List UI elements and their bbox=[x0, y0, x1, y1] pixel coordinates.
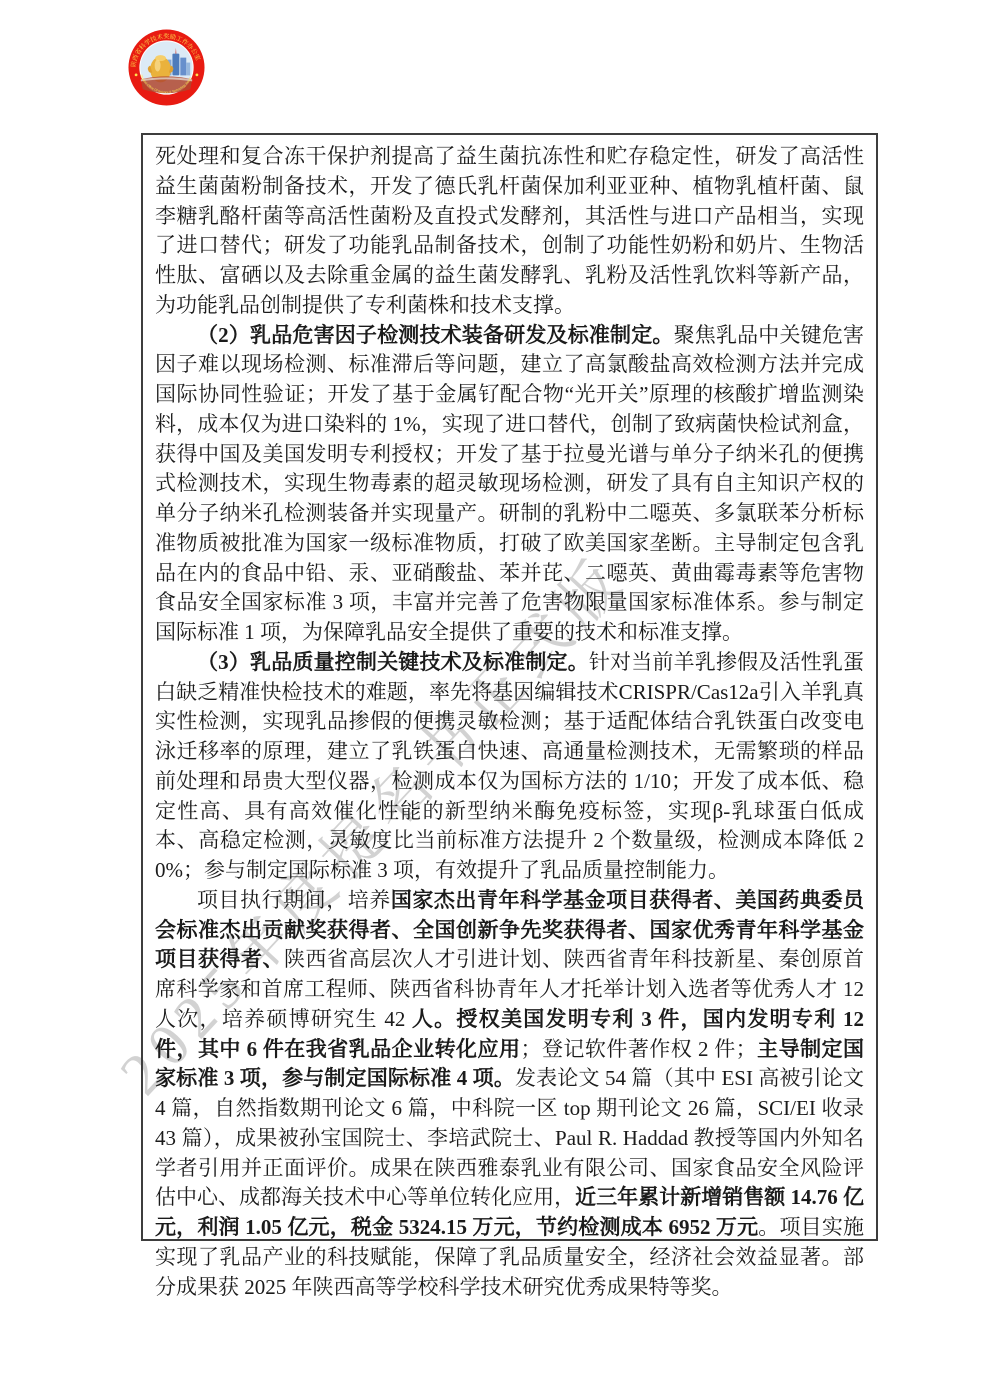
document-text-box: 死处理和复合冻干保护剂提高了益生菌抗冻性和贮存稳定性，研发了高活性益生菌菌粉制备… bbox=[141, 133, 878, 1241]
text-run: ；登记软件著作权 2 件； bbox=[520, 1037, 756, 1061]
text-run: 针对当前羊乳掺假及活性乳蛋白缺乏精准快检技术的难题，率先将基因编辑技术CRISP… bbox=[155, 650, 864, 882]
paragraph: （2）乳品危害因子检测技术装备研发及标准制定。聚焦乳品中关键危害因子难以现场检测… bbox=[155, 321, 864, 648]
text-run: 聚焦乳品中关键危害因子难以现场检测、标准滞后等问题，建立了高氯酸盐高效检测方法并… bbox=[155, 323, 864, 645]
seal-icon: 陕西省科学技术奖励工作办公室 Shaanxi Office Of Science… bbox=[127, 28, 206, 107]
bold-text-run: （3）乳品质量控制关键技术及标准制定。 bbox=[197, 650, 589, 674]
paragraph: 项目执行期间，培养国家杰出青年科学基金项目获得者、美国药典委员会标准杰出贡献奖获… bbox=[155, 886, 864, 1303]
paragraph: （3）乳品质量控制关键技术及标准制定。针对当前羊乳掺假及活性乳蛋白缺乏精准快检技… bbox=[155, 648, 864, 886]
document-page: 陕西省科学技术奖励工作办公室 Shaanxi Office Of Science… bbox=[0, 0, 990, 1399]
text-run: 死处理和复合冻干保护剂提高了益生菌抗冻性和贮存稳定性，研发了高活性益生菌菌粉制备… bbox=[155, 144, 864, 317]
bold-text-run: （2）乳品危害因子检测技术装备研发及标准制定。 bbox=[197, 323, 674, 347]
document-body: 死处理和复合冻干保护剂提高了益生菌抗冻性和贮存稳定性，研发了高活性益生菌菌粉制备… bbox=[143, 135, 876, 1302]
award-office-seal-logo: 陕西省科学技术奖励工作办公室 Shaanxi Office Of Science… bbox=[127, 28, 206, 107]
paragraph: 死处理和复合冻干保护剂提高了益生菌抗冻性和贮存稳定性，研发了高活性益生菌菌粉制备… bbox=[155, 142, 864, 321]
seal-right-star-icon bbox=[196, 74, 199, 77]
text-run: 项目执行期间，培养 bbox=[197, 888, 391, 912]
seal-left-star-icon bbox=[135, 74, 138, 77]
